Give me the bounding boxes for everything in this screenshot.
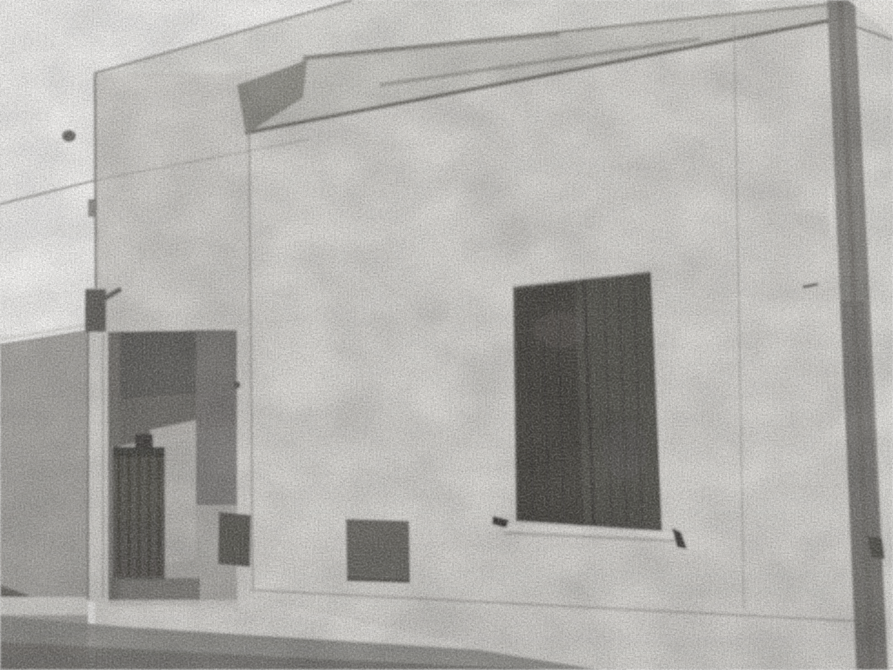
scanned-photo xyxy=(0,0,893,670)
light-grain-layer xyxy=(0,0,893,670)
building-photo-canvas xyxy=(0,0,893,670)
